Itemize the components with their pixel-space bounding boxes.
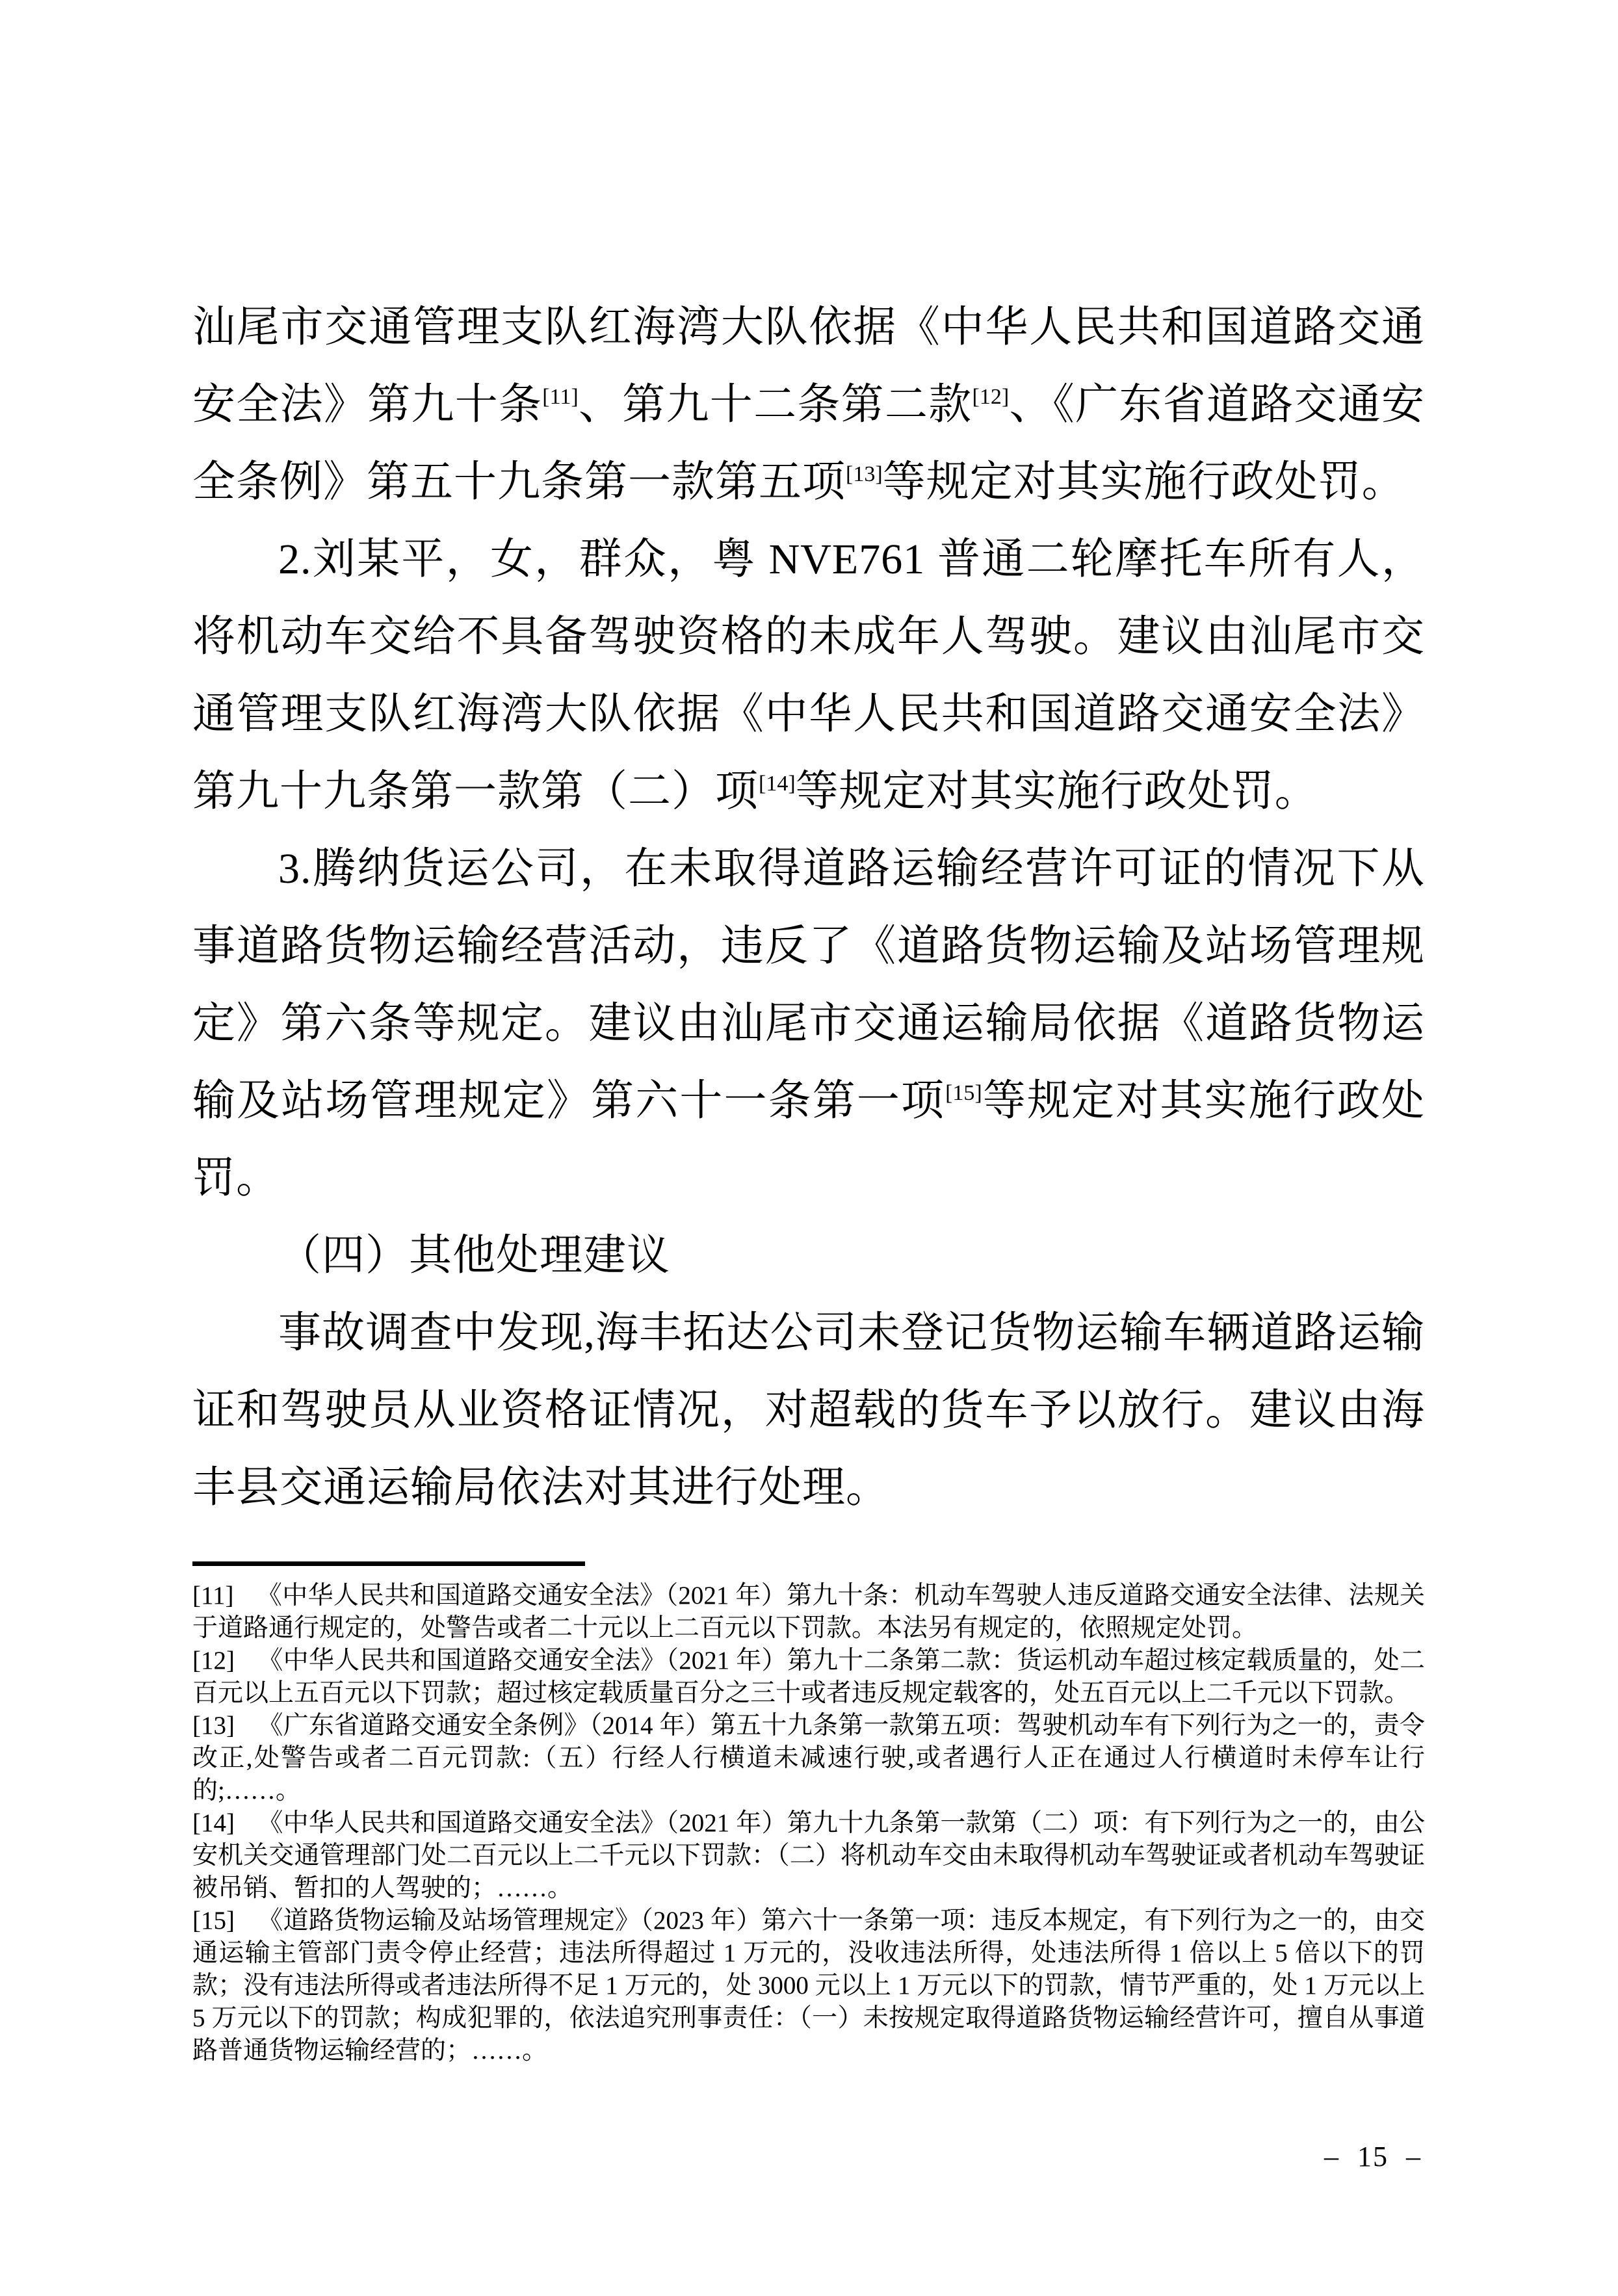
footnote-ref: [15] <box>945 1081 982 1105</box>
footnote-13: [13]《广东省道路交通安全条例》（2014 年）第五十九条第一款第五项：驾驶机… <box>192 1710 1425 1807</box>
text-run: 等规定对其实施行政处罚。 <box>796 768 1318 815</box>
footnote-11: [11]《中华人民共和国道路交通安全法》（2021 年）第九十条：机动车驾驶人违… <box>192 1580 1425 1645</box>
footnote-marker: [14] <box>192 1809 235 1837</box>
section-heading-other-suggestions: （四）其他处理建议 <box>192 1217 1425 1294</box>
footnote-ref: [13] <box>846 462 883 486</box>
footnote-text: 《中华人民共和国道路交通安全法》（2021 年）第九十条：机动车驾驶人违反道路交… <box>192 1582 1425 1642</box>
footnote-separator-line <box>192 1561 585 1566</box>
text-run: 事故调查中发现,海丰拓达公司未登记货物运输车辆道路运输证和驾驶员从业资格证情况，… <box>192 1309 1425 1511</box>
footnote-ref: [11] <box>542 385 578 409</box>
footnote-text: 《中华人民共和国道路交通安全法》（2021 年）第九十九条第一款第（二）项：有下… <box>192 1809 1425 1902</box>
text-run: （四）其他处理建议 <box>278 1232 670 1279</box>
footnote-text: 《广东省道路交通安全条例》（2014 年）第五十九条第一款第五项：驾驶机动车有下… <box>192 1712 1425 1805</box>
text-run: 等规定对其实施行政处罚。 <box>883 458 1405 506</box>
footnote-ref: [14] <box>759 772 796 796</box>
footnote-15: [15]《道路货物运输及站场管理规定》（2023 年）第六十一条第一项：违反本规… <box>192 1905 1425 2067</box>
para-penalty-2: 2.刘某平，女，群众，粤 NVE761 普通二轮摩托车所有人，将机动车交给不具备… <box>192 521 1425 830</box>
footnotes-block: [11]《中华人民共和国道路交通安全法》（2021 年）第九十条：机动车驾驶人违… <box>192 1580 1425 2067</box>
body-text: 汕尾市交通管理支队红海湾大队依据《中华人民共和国道路交通安全法》第九十条[11]… <box>192 289 1425 1526</box>
para-penalty-1-continuation: 汕尾市交通管理支队红海湾大队依据《中华人民共和国道路交通安全法》第九十条[11]… <box>192 289 1425 521</box>
text-run: 、第九十二条第二款 <box>579 381 972 428</box>
footnote-marker: [12] <box>192 1647 235 1675</box>
footnote-text: 《中华人民共和国道路交通安全法》（2021 年）第九十二条第二款：货运机动车超过… <box>192 1647 1425 1707</box>
footnote-ref: [12] <box>972 385 1010 409</box>
footnote-text: 《道路货物运输及站场管理规定》（2023 年）第六十一条第一项：违反本规定，有下… <box>192 1907 1431 2065</box>
page-number: – 15 – <box>1324 2141 1422 2173</box>
para-other-handling: 事故调查中发现,海丰拓达公司未登记货物运输车辆道路运输证和驾驶员从业资格证情况，… <box>192 1294 1425 1526</box>
footnote-marker: [11] <box>192 1582 234 1610</box>
footnote-marker: [15] <box>192 1907 235 1935</box>
footnote-12: [12]《中华人民共和国道路交通安全法》（2021 年）第九十二条第二款：货运机… <box>192 1645 1425 1710</box>
footnote-marker: [13] <box>192 1712 235 1740</box>
para-penalty-3: 3.腾纳货运公司，在未取得道路运输经营许可证的情况下从事道路货物运输经营活动，违… <box>192 830 1425 1217</box>
document-page: 汕尾市交通管理支队红海湾大队依据《中华人民共和国道路交通安全法》第九十条[11]… <box>0 0 1618 2296</box>
footnote-14: [14]《中华人民共和国道路交通安全法》（2021 年）第九十九条第一款第（二）… <box>192 1807 1425 1905</box>
